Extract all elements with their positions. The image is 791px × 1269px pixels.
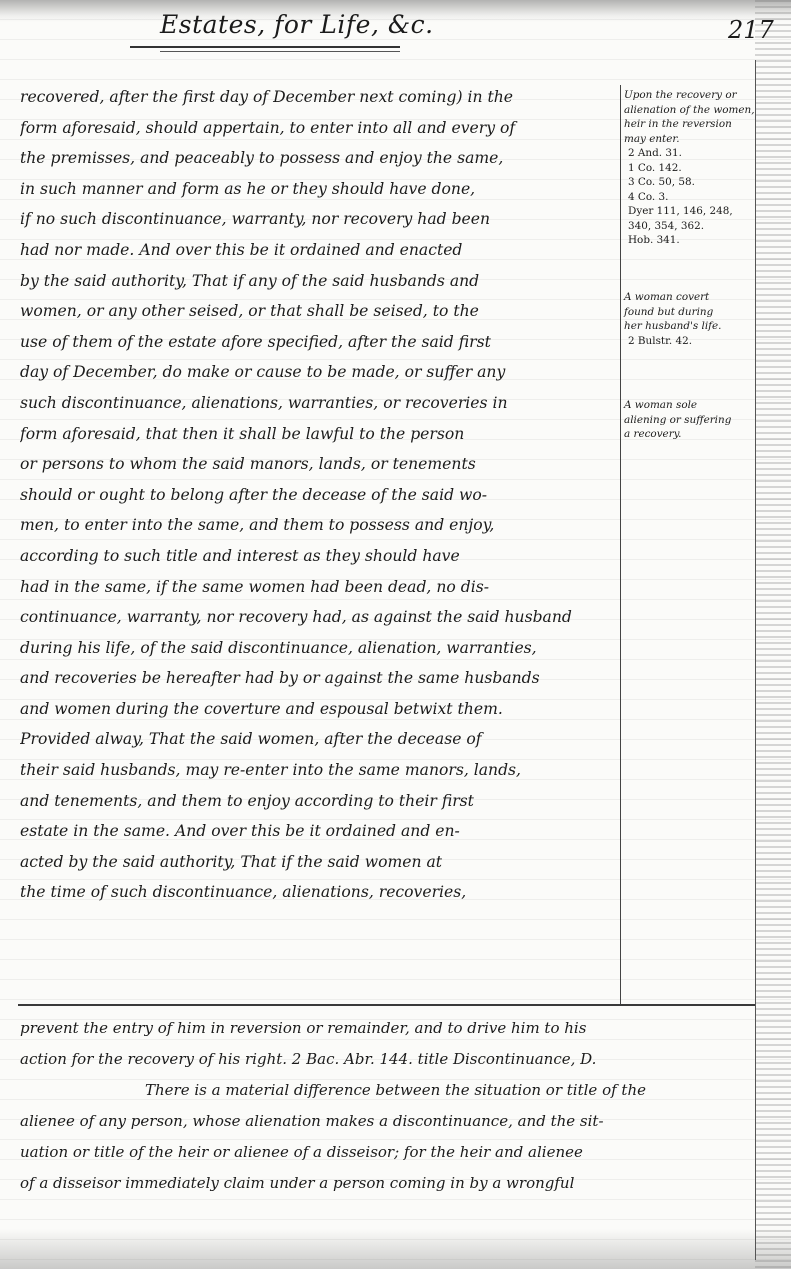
margin-note-line: A woman covert xyxy=(624,290,754,305)
margin-note-line: alienation of the women, xyxy=(624,103,754,118)
margin-note-line: aliening or suffering xyxy=(624,413,754,428)
text-line: acted by the said authority, That if the… xyxy=(20,847,618,878)
margin-note-citation: 2 And. 31. xyxy=(624,146,754,161)
margin-note-citation: 4 Co. 3. xyxy=(624,190,754,205)
text-line: such discontinuance, alienations, warran… xyxy=(20,388,618,419)
margin-note-line: found but during xyxy=(624,305,754,320)
text-line: day of December, do make or cause to be … xyxy=(20,357,618,388)
text-line: during his life, of the said discontinua… xyxy=(20,633,618,664)
text-line: in such manner and form as he or they sh… xyxy=(20,174,618,205)
margin-note-woman-covert: A woman covertfound but duringher husban… xyxy=(624,290,754,348)
main-body-text: recovered, after the first day of Decemb… xyxy=(20,82,618,908)
text-line: recovered, after the first day of Decemb… xyxy=(20,82,618,113)
margin-note-line: heir in the reversion xyxy=(624,117,754,132)
margin-note-citation: 3 Co. 50, 58. xyxy=(624,175,754,190)
text-line: had in the same, if the same women had b… xyxy=(20,572,618,603)
margin-note-citation: 340, 354, 362. xyxy=(624,219,754,234)
text-line: the time of such discontinuance, alienat… xyxy=(20,877,618,908)
footnote-text: prevent the entry of him in reversion or… xyxy=(20,1013,755,1199)
margin-note-citation: 2 Bulstr. 42. xyxy=(624,334,754,349)
title-underline xyxy=(130,46,400,48)
scan-artifact-bottom xyxy=(0,1229,791,1269)
footnote-line: action for the recovery of his right. 2 … xyxy=(20,1044,755,1075)
margin-column-rule-right xyxy=(755,60,756,1260)
text-line: according to such title and interest as … xyxy=(20,541,618,572)
title-underline-secondary xyxy=(160,51,400,52)
text-line: should or ought to belong after the dece… xyxy=(20,480,618,511)
text-line: use of them of the estate afore specifie… xyxy=(20,327,618,358)
text-line: and recoveries be hereafter had by or ag… xyxy=(20,663,618,694)
text-line: and tenements, and them to enjoy accordi… xyxy=(20,786,618,817)
footnote-divider xyxy=(18,1004,755,1006)
margin-note-reversion-entry: Upon the recovery oralienation of the wo… xyxy=(624,88,754,248)
text-line: Provided alway, That the said women, aft… xyxy=(20,724,618,755)
text-line: and women during the coverture and espou… xyxy=(20,694,618,725)
margin-note-citation: Hob. 341. xyxy=(624,233,754,248)
page-number: 217 xyxy=(728,16,774,44)
text-line: form aforesaid, should appertain, to ent… xyxy=(20,113,618,144)
page-title: Estates, for Life, &c. xyxy=(160,10,434,39)
footnote-paragraph-line: of a disseisor immediately claim under a… xyxy=(20,1168,755,1199)
text-line: men, to enter into the same, and them to… xyxy=(20,510,618,541)
text-line: if no such discontinuance, warranty, nor… xyxy=(20,204,618,235)
text-line: form aforesaid, that then it shall be la… xyxy=(20,419,618,450)
margin-note-woman-sole: A woman solealiening or sufferinga recov… xyxy=(624,398,754,442)
footnote-paragraph-line: There is a material difference between t… xyxy=(20,1075,755,1106)
text-line: their said husbands, may re-enter into t… xyxy=(20,755,618,786)
margin-column-rule-left xyxy=(620,85,621,1005)
footnote-paragraph-line: alienee of any person, whose alienation … xyxy=(20,1106,755,1137)
margin-note-line: A woman sole xyxy=(624,398,754,413)
text-line: by the said authority, That if any of th… xyxy=(20,266,618,297)
margin-note-line: may enter. xyxy=(624,132,754,147)
text-line: estate in the same. And over this be it … xyxy=(20,816,618,847)
margin-note-line: her husband's life. xyxy=(624,319,754,334)
margin-note-citation: Dyer 111, 146, 248, xyxy=(624,204,754,219)
text-line: the premisses, and peaceably to possess … xyxy=(20,143,618,174)
text-line: continuance, warranty, nor recovery had,… xyxy=(20,602,618,633)
scan-artifact-right-edge xyxy=(755,0,791,1269)
margin-note-line: a recovery. xyxy=(624,427,754,442)
footnote-line: prevent the entry of him in reversion or… xyxy=(20,1013,755,1044)
text-line: women, or any other seised, or that shal… xyxy=(20,296,618,327)
footnote-paragraph-line: uation or title of the heir or alienee o… xyxy=(20,1137,755,1168)
margin-note-citation: 1 Co. 142. xyxy=(624,161,754,176)
margin-note-line: Upon the recovery or xyxy=(624,88,754,103)
text-line: had nor made. And over this be it ordain… xyxy=(20,235,618,266)
text-line: or persons to whom the said manors, land… xyxy=(20,449,618,480)
